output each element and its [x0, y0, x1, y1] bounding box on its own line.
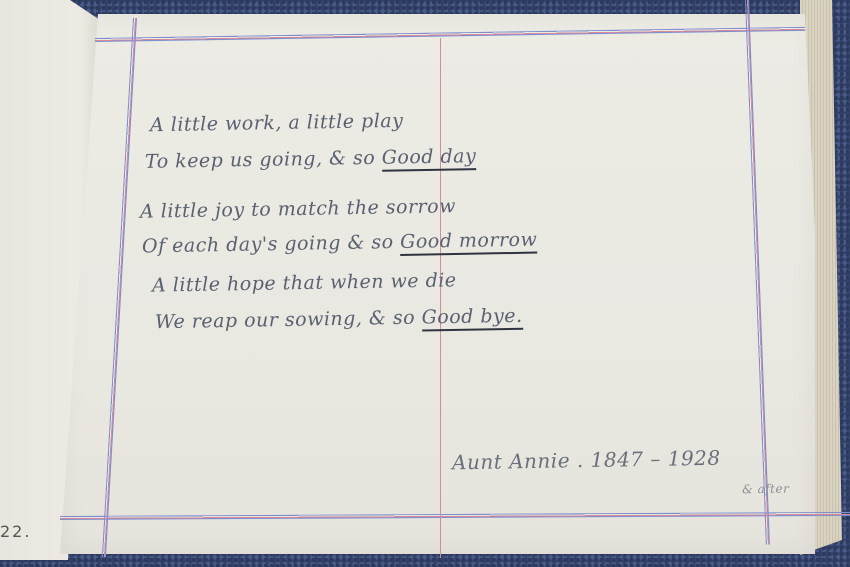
center-rule	[440, 38, 441, 558]
underlined-phrase: Good morrow	[400, 229, 538, 256]
underlined-phrase: Good bye.	[421, 305, 522, 332]
poem-line: A little work, a little play	[150, 110, 404, 136]
poem-line: To keep us going, & so Good day	[145, 145, 477, 173]
signature-years: . 1847 – 1928	[577, 446, 721, 473]
signature-name: Aunt Annie	[452, 448, 570, 474]
underlined-phrase: Good day	[382, 145, 477, 172]
page-number: 22.	[0, 522, 31, 541]
signature: Aunt Annie . 1847 – 1928	[452, 446, 721, 475]
signature-annotation: & after	[742, 482, 790, 497]
